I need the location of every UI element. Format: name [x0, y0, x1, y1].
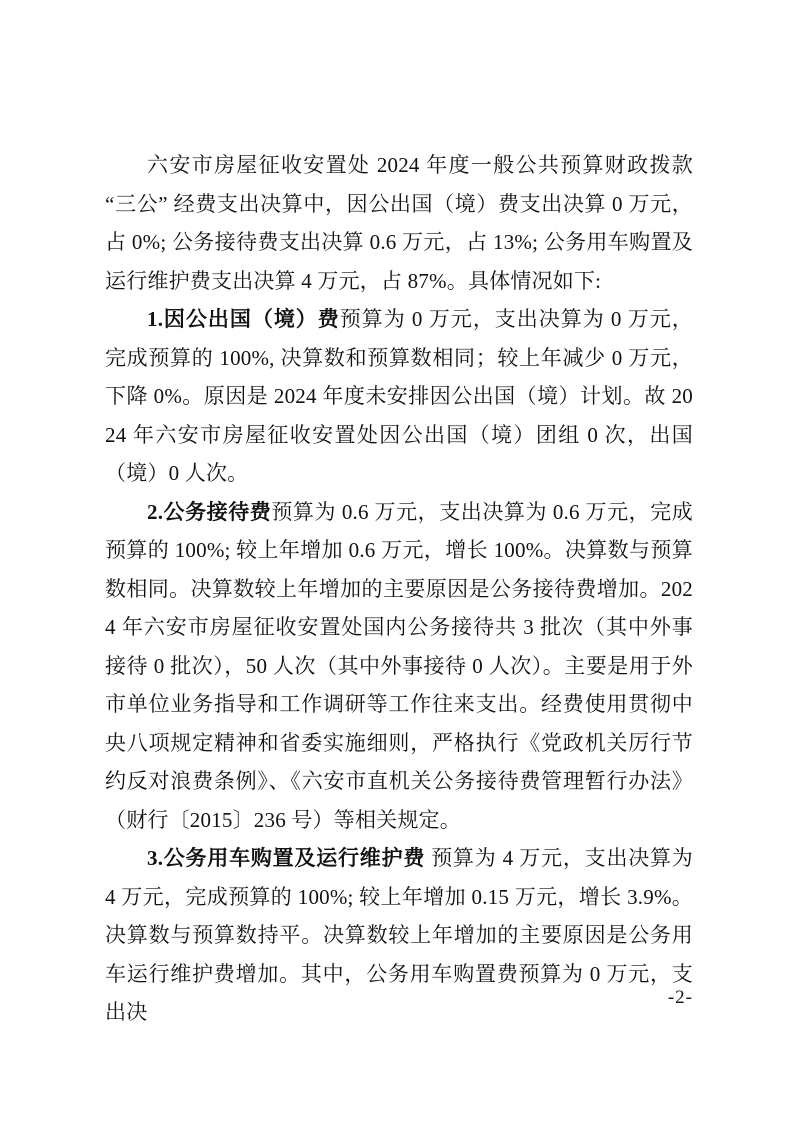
- document-body: 六安市房屋征收安置处 2024 年度一般公共预算财政拨款“三公” 经费支出决算中…: [105, 146, 693, 1032]
- paragraph-intro-text: 六安市房屋征收安置处 2024 年度一般公共预算财政拨款“三公” 经费支出决算中…: [105, 153, 693, 293]
- paragraph-abroad-expense: 1.因公出国（境）费预算为 0 万元，支出决算为 0 万元，完成预算的 100%…: [105, 300, 693, 493]
- paragraph-reception-expense-lead: 2.公务接待费: [147, 500, 271, 524]
- paragraph-vehicle-expense-lead: 3.公务用车购置及运行维护费: [147, 846, 425, 870]
- paragraph-intro: 六安市房屋征收安置处 2024 年度一般公共预算财政拨款“三公” 经费支出决算中…: [105, 146, 693, 300]
- paragraph-reception-expense: 2.公务接待费预算为 0.6 万元，支出决算为 0.6 万元，完成预算的 100…: [105, 493, 693, 840]
- page-number: -2-: [668, 986, 693, 1010]
- paragraph-reception-expense-text: 预算为 0.6 万元，支出决算为 0.6 万元，完成预算的 100%; 较上年增…: [105, 500, 693, 832]
- document-page: 六安市房屋征收安置处 2024 年度一般公共预算财政拨款“三公” 经费支出决算中…: [0, 0, 793, 1122]
- paragraph-abroad-expense-lead: 1.因公出国（境）费: [147, 307, 340, 331]
- paragraph-vehicle-expense: 3.公务用车购置及运行维护费 预算为 4 万元，支出决算为 4 万元，完成预算的…: [105, 839, 693, 1032]
- paragraph-vehicle-expense-text: 预算为 4 万元，支出决算为 4 万元，完成预算的 100%; 较上年增加 0.…: [105, 846, 693, 1024]
- paragraph-abroad-expense-text: 预算为 0 万元，支出决算为 0 万元，完成预算的 100%, 决算数和预算数相…: [105, 307, 693, 485]
